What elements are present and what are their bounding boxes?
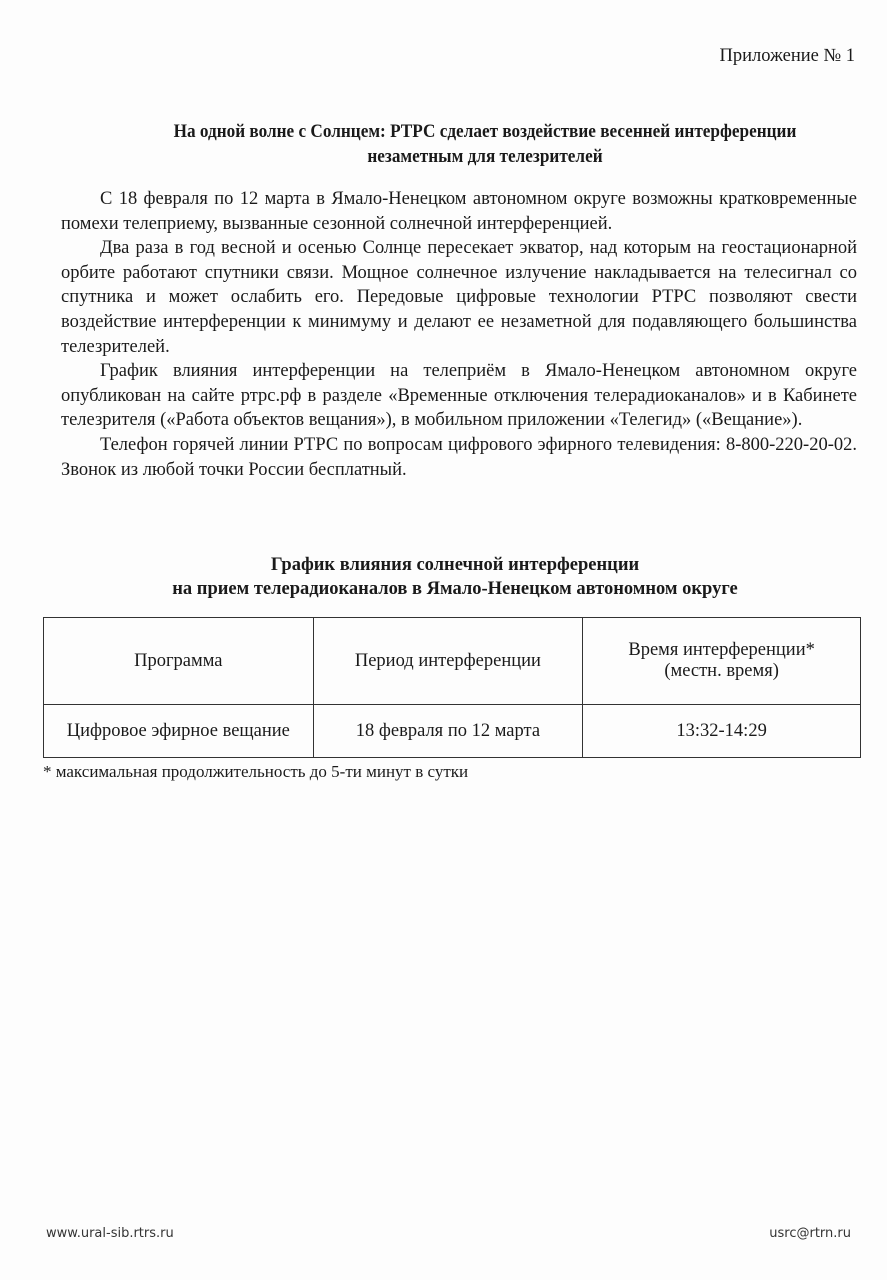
header-time: Время интерференции* (местн. время) [583, 618, 861, 705]
cell-period: 18 февраля по 12 марта [313, 705, 583, 758]
title-line-1: На одной волне с Солнцем: РТРС сделает в… [122, 120, 847, 145]
paragraph: График влияния интерференции на телеприё… [61, 359, 857, 433]
table-title-line-2: на прием телерадиоканалов в Ямало-Ненецк… [40, 577, 870, 601]
header-time-line-1: Время интерференции* [589, 640, 854, 661]
paragraph: Телефон горячей линии РТРС по вопросам ц… [61, 433, 857, 482]
appendix-label: Приложение № 1 [720, 46, 855, 67]
paragraph: С 18 февраля по 12 марта в Ямало-Ненецко… [61, 187, 857, 236]
paragraph: Два раза в год весной и осенью Солнце пе… [61, 236, 857, 359]
body-text: С 18 февраля по 12 марта в Ямало-Ненецко… [61, 187, 857, 482]
header-period: Период интерференции [313, 618, 583, 705]
table-title: График влияния солнечной интерференции н… [40, 553, 870, 601]
schedule-table: Программа Период интерференции Время инт… [43, 617, 861, 758]
header-time-line-2: (местн. время) [589, 661, 854, 682]
page-title: На одной волне с Солнцем: РТРС сделает в… [122, 120, 847, 170]
cell-program: Цифровое эфирное вещание [44, 705, 314, 758]
document-page: Приложение № 1 На одной волне с Солнцем:… [0, 0, 887, 1280]
table-row: Цифровое эфирное вещание 18 февраля по 1… [44, 705, 861, 758]
footnote: * максимальная продолжительность до 5-ти… [43, 762, 468, 782]
footer-website: www.ural-sib.rtrs.ru [46, 1226, 174, 1241]
footer-email: usrc@rtrn.ru [769, 1226, 851, 1241]
title-line-2: незаметным для телезрителей [122, 145, 847, 170]
table-title-line-1: График влияния солнечной интерференции [40, 553, 870, 577]
header-program: Программа [44, 618, 314, 705]
table-header-row: Программа Период интерференции Время инт… [44, 618, 861, 705]
cell-time: 13:32-14:29 [583, 705, 861, 758]
